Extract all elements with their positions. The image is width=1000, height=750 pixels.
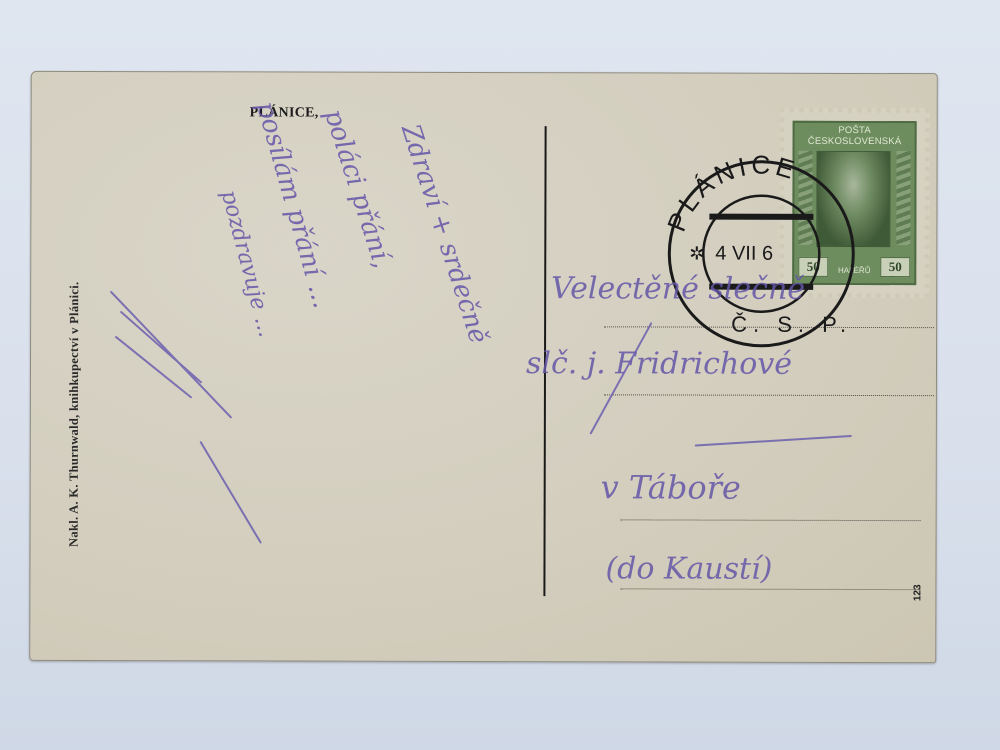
address-line-2: [604, 394, 934, 396]
postmark-date: 4 VII 6: [715, 243, 773, 265]
message-line-2: poláci přání,: [318, 106, 397, 272]
address-line-1: [604, 326, 934, 328]
address-line4-text: (do Kaustí): [605, 551, 772, 586]
address-line3-text: v Táboře: [601, 468, 741, 506]
postmark-bottom: Č. S. P.: [731, 312, 852, 337]
postcard-back: PLÁNICE, Nakl. A. K. Thurnwald, knihkupe…: [29, 71, 938, 663]
stamp-country: POŠTA ČESKOSLOVENSKÁ: [795, 125, 915, 147]
stamp-portrait-icon: [816, 151, 890, 247]
stamp-currency: HALÉŘŮ: [830, 266, 878, 275]
svg-text:✲: ✲: [689, 244, 704, 265]
address-handwriting: Velectěné slečně slč. j. Fridrichové v T…: [525, 271, 851, 587]
stamp-ornament-left: [798, 151, 812, 245]
address-line-3: [621, 519, 921, 521]
postage-stamp: POŠTA ČESKOSLOVENSKÁ 50 HALÉŘŮ 50: [779, 108, 929, 298]
serial-number: 123: [912, 584, 923, 601]
message-handwriting: Zdraví + srdečně poláci přání, posílám p…: [111, 98, 495, 543]
stamp-text-line1: POŠTA: [795, 125, 915, 136]
place-header: PLÁNICE,: [250, 105, 319, 121]
publisher-line: Nakl. A. K. Thurnwald, knihkupectví v Pl…: [67, 282, 83, 547]
address-line-4: [620, 588, 920, 590]
message-line-3: posílám přání ...: [250, 98, 337, 311]
stamp-ornament-right: [896, 151, 910, 245]
message-line-1: Zdraví + srdečně: [395, 120, 494, 348]
address-line1-text: Velectěné slečně: [551, 271, 805, 307]
stamp-value-left: 50: [798, 257, 828, 277]
stamp-text-line2: ČESKOSLOVENSKÁ: [795, 136, 915, 147]
message-line-4: pozdravuje ...: [216, 187, 279, 339]
stamp-face: POŠTA ČESKOSLOVENSKÁ 50 HALÉŘŮ 50: [792, 121, 916, 285]
address-line2-text: slč. j. Fridrichové: [526, 346, 792, 382]
stamp-value-right: 50: [880, 257, 910, 277]
divider-line: [543, 126, 546, 596]
